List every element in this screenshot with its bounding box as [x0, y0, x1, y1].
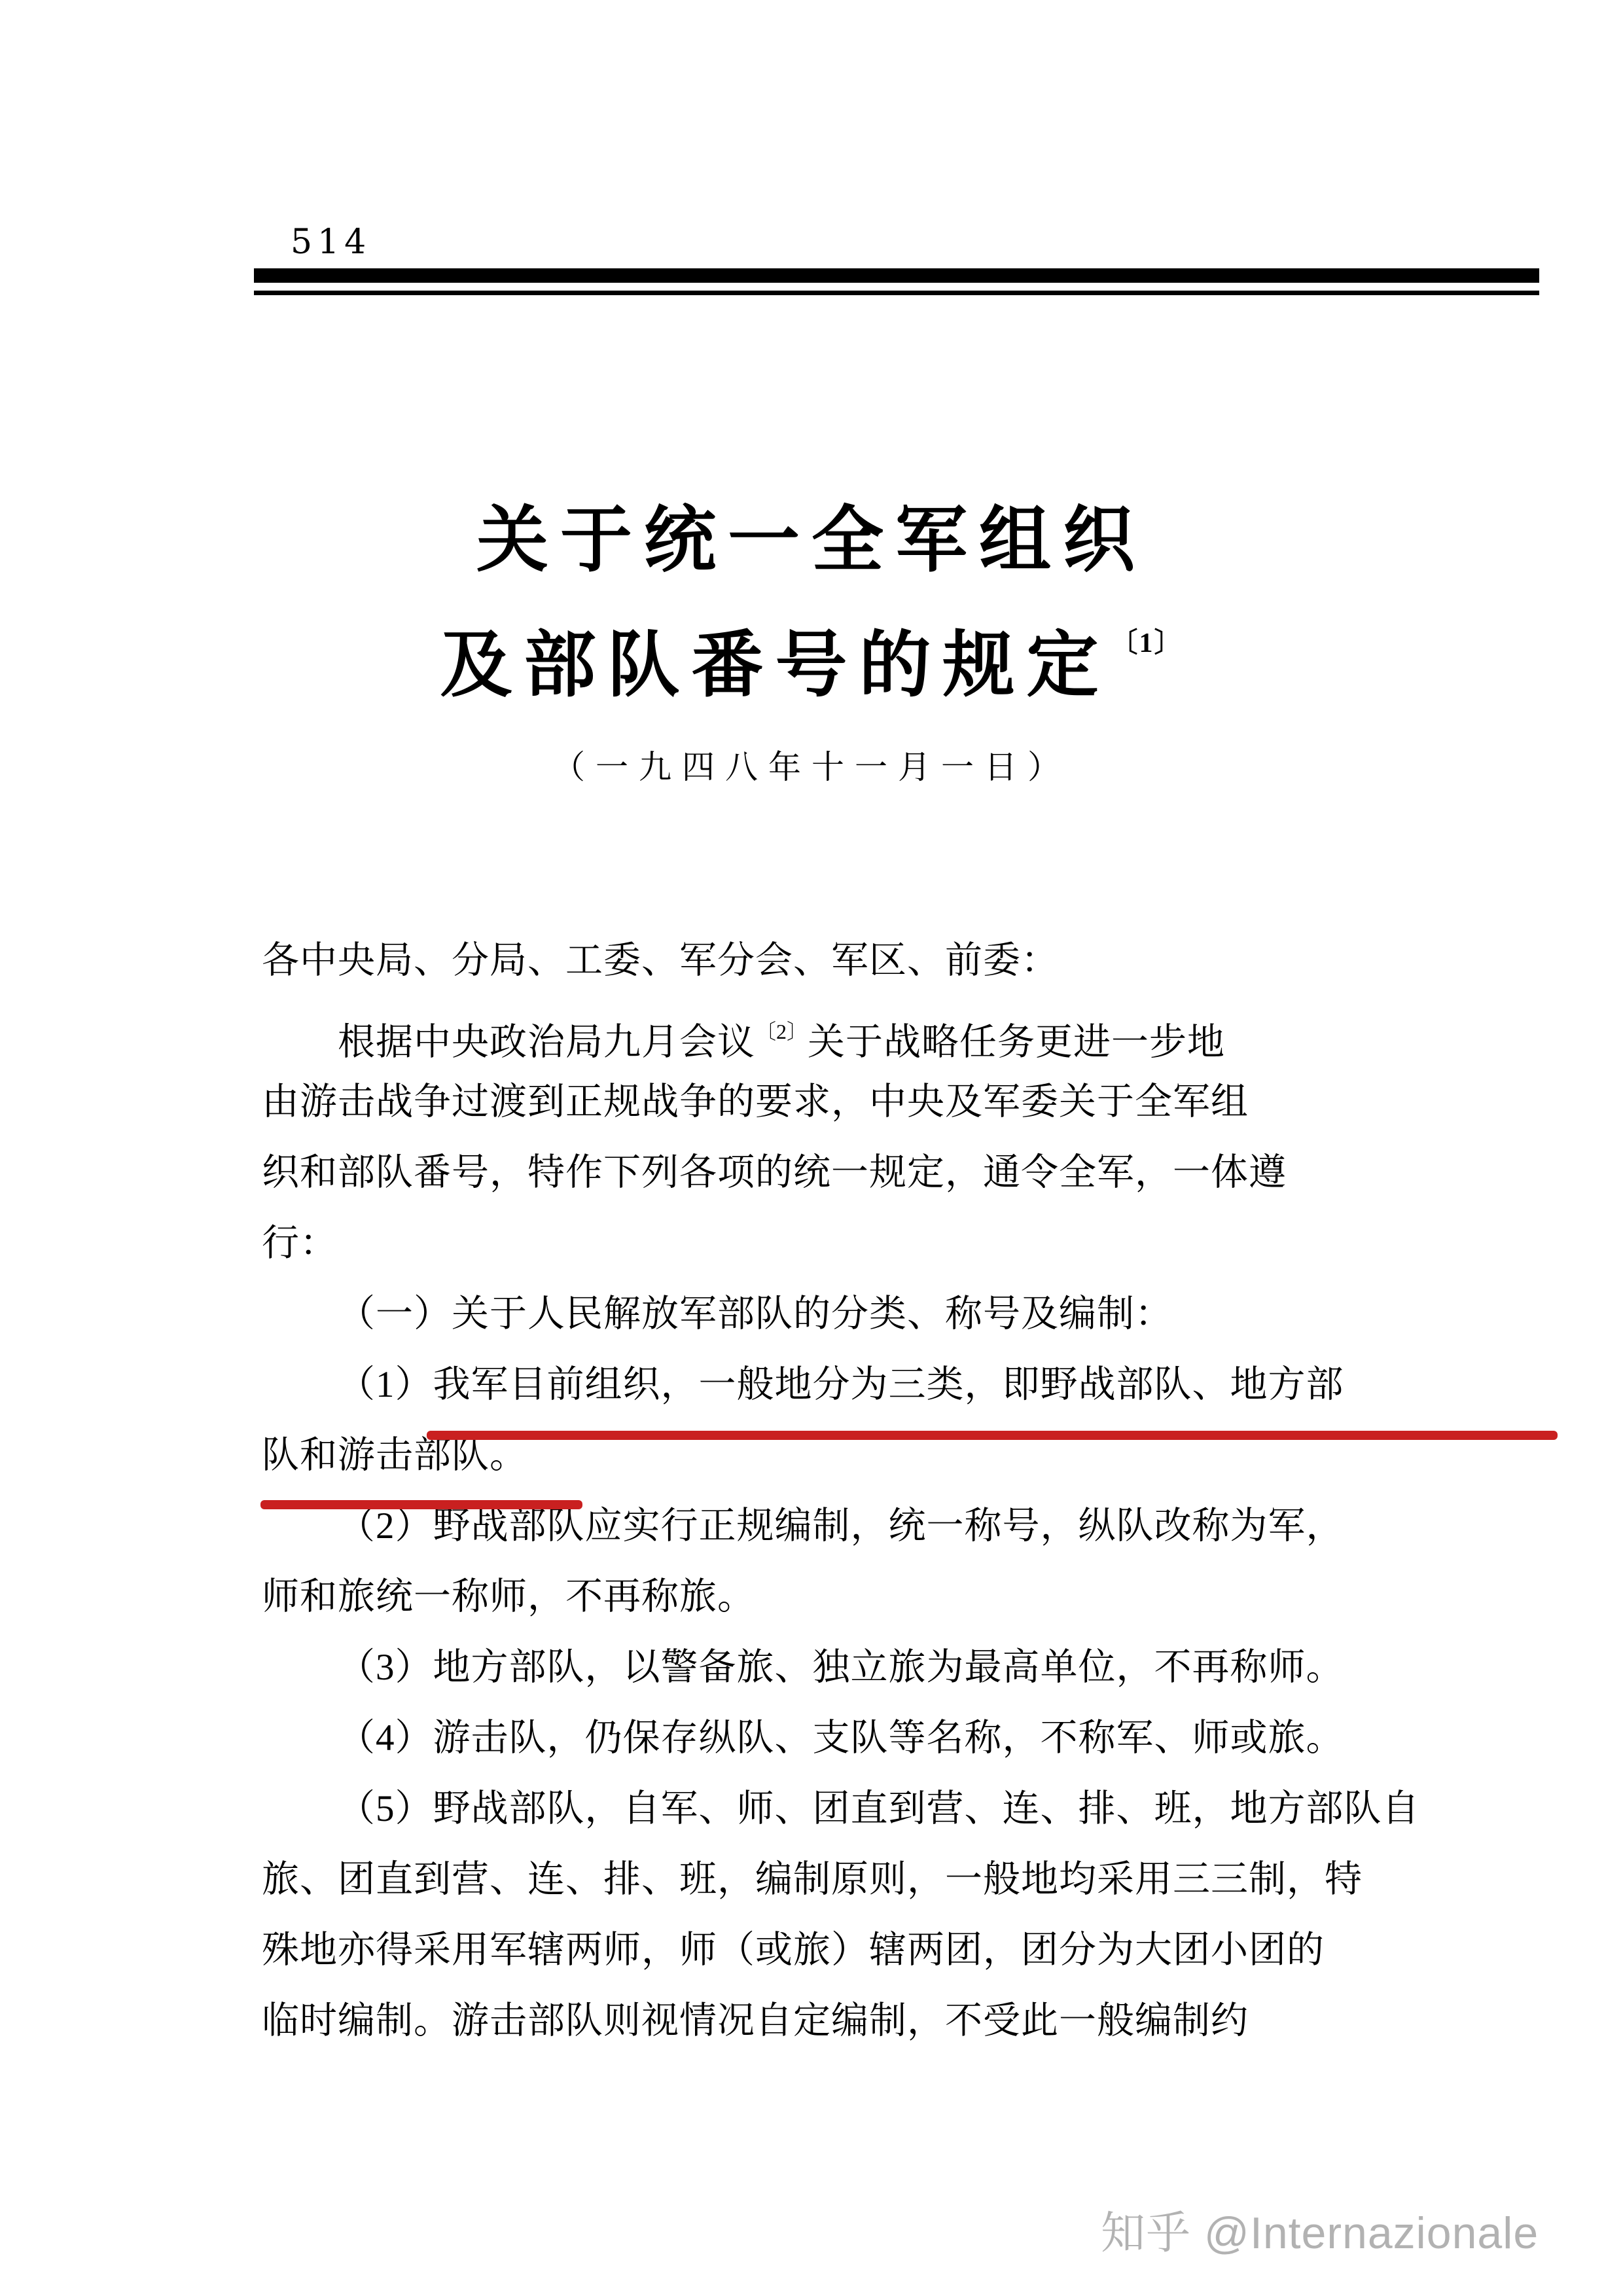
body-line: （3）地方部队，以警备旅、独立旅为最高单位，不再称师。 [262, 1632, 1561, 1703]
body-line: 根据中央政治局九月会议〔2〕关于战略任务更进一步地 [262, 996, 1561, 1067]
body-line-text: 关于战略任务更进一步地 [808, 1022, 1225, 1063]
watermark-handle: @Internazionale [1204, 2208, 1539, 2258]
footnote-reference-1: 〔1〕 [1110, 628, 1183, 658]
body-line: （4）游击队，仍保存纵队、支队等名称，不称军、师或旅。 [262, 1703, 1561, 1774]
watermark: 知乎 @Internazionale [1101, 2198, 1539, 2261]
scanned-document-page: 514 关于统一全军组织 及部队番号的规定〔1〕 （一九四八年十一月一日） 各中… [0, 0, 1623, 2296]
document-title-line2: 及部队番号的规定〔1〕 [170, 592, 1453, 717]
red-annotation-underline-1 [427, 1431, 1558, 1440]
body-line: 行： [262, 1208, 1561, 1279]
body-line-text: 根据中央政治局九月会议 [338, 1022, 755, 1063]
header-rule-thick [254, 268, 1539, 283]
document-title-line1: 关于统一全军组织 [170, 490, 1453, 592]
body-line: 织和部队番号，特作下列各项的统一规定，通令全军，一体遵 [262, 1138, 1561, 1208]
body-line-underlined: （1）我军目前组织，一般地分为三类，即野战部队、地方部 [262, 1350, 1561, 1420]
document-title-line2-text: 及部队番号的规定 [440, 626, 1110, 706]
body-line: 旅、团直到营、连、排、班，编制原则，一般地均采用三三制，特 [262, 1844, 1561, 1915]
document-body: 各中央局、分局、工委、军分会、军区、前委： 根据中央政治局九月会议〔2〕关于战略… [262, 925, 1561, 2056]
body-line: 师和旅统一称师，不再称旅。 [262, 1562, 1561, 1632]
header-rule-thin [254, 291, 1539, 295]
body-line: 由游击战争过渡到正规战争的要求，中央及军委关于全军组 [262, 1067, 1561, 1138]
body-line: （5）野战部队，自军、师、团直到营、连、排、班，地方部队自 [262, 1774, 1561, 1844]
body-line: 临时编制。游击部队则视情况自定编制，不受此一般编制约 [262, 1986, 1561, 2056]
page-number: 514 [291, 223, 371, 262]
body-line: 殊地亦得采用军辖两师，师（或旅）辖两团，团分为大团小团的 [262, 1915, 1561, 1986]
body-line: 各中央局、分局、工委、军分会、军区、前委： [262, 925, 1561, 996]
body-line: （一）关于人民解放军部队的分类、称号及编制： [262, 1279, 1561, 1350]
footnote-reference-2: 〔2〕 [755, 1020, 808, 1043]
watermark-brand: 知乎 [1101, 2208, 1191, 2258]
red-annotation-underline-2 [260, 1500, 582, 1509]
document-date: （一九四八年十一月一日） [170, 741, 1453, 788]
document-title: 关于统一全军组织 及部队番号的规定〔1〕 [170, 490, 1453, 717]
